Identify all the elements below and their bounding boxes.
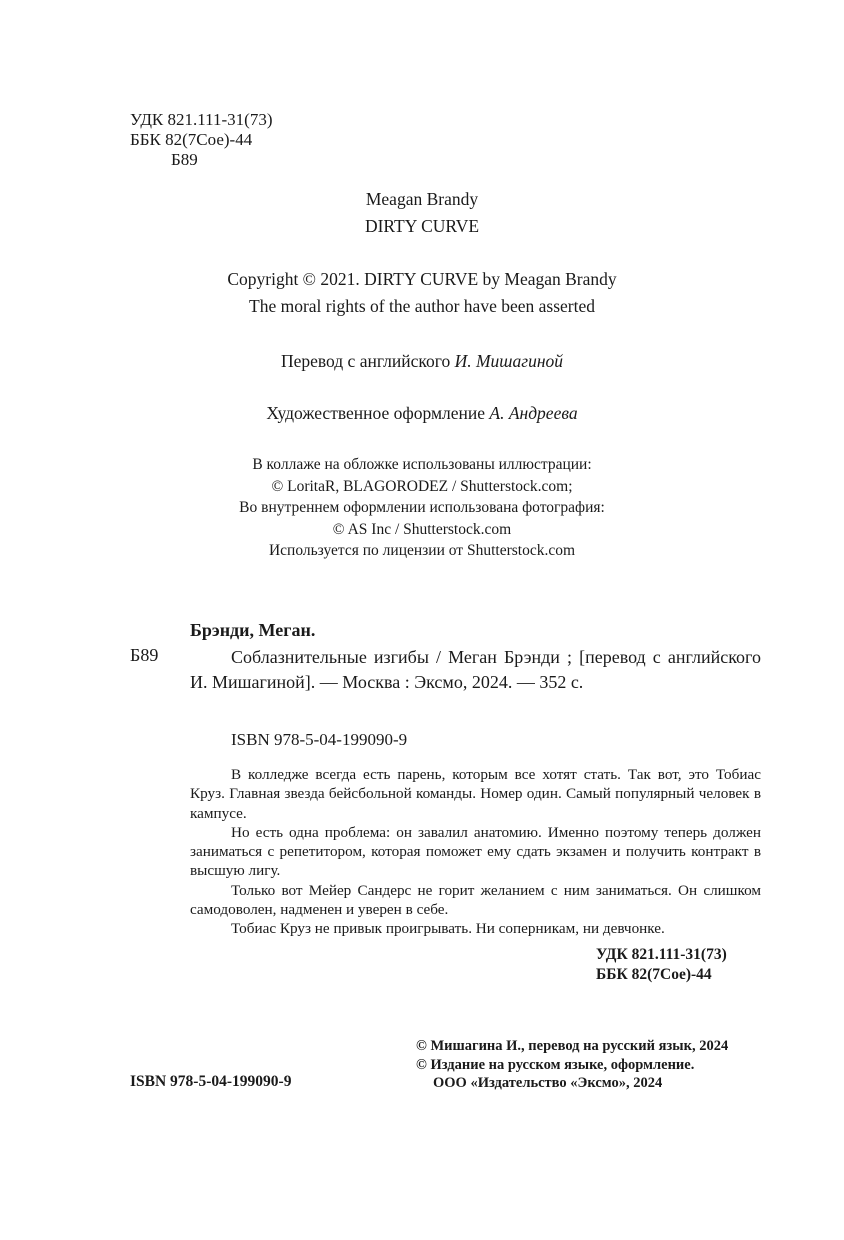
bib-code: Б89 bbox=[130, 645, 158, 666]
author-mark: Б89 bbox=[130, 150, 272, 170]
image-credits: В коллаже на обложке использованы иллюст… bbox=[0, 454, 844, 562]
bib-description: Соблазнительные изгибы / Меган Брэнди ; … bbox=[190, 645, 761, 695]
udk-code: УДК 821.111-31(73) bbox=[130, 110, 272, 130]
index-bbk: ББК 82(7Сое)-44 bbox=[596, 965, 727, 985]
footer-copyrights: © Мишагина И., перевод на русский язык, … bbox=[416, 1037, 728, 1093]
bib-author-heading: Брэнди, Меган. bbox=[190, 620, 315, 641]
classification-block: УДК 821.111-31(73) ББК 82(7Сое)-44 Б89 bbox=[130, 110, 272, 170]
annotation-paragraph: Только вот Мейер Сандерс не горит желани… bbox=[190, 881, 761, 920]
designer-label: Художественное оформление bbox=[266, 403, 489, 423]
annotation-paragraph: Но есть одна проблема: он завалил анатом… bbox=[190, 823, 761, 881]
moral-rights-line: The moral rights of the author have been… bbox=[0, 293, 844, 320]
copyright-edition: © Издание на русском языке, оформление. bbox=[416, 1056, 728, 1075]
index-codes: УДК 821.111-31(73) ББК 82(7Сое)-44 bbox=[596, 945, 727, 985]
original-title: DIRTY CURVE bbox=[0, 213, 844, 240]
original-title-block: Meagan Brandy DIRTY CURVE bbox=[0, 186, 844, 240]
credit-line: © LoritaR, BLAGORODEZ / Shutterstock.com… bbox=[0, 476, 844, 498]
designer-name: А. Андреева bbox=[489, 403, 577, 423]
translator-line: Перевод с английского И. Мишагиной bbox=[0, 351, 844, 372]
annotation-paragraph: В колледже всегда есть парень, которым в… bbox=[190, 765, 761, 823]
credit-line: Во внутреннем оформлении использована фо… bbox=[0, 497, 844, 519]
index-udk: УДК 821.111-31(73) bbox=[596, 945, 727, 965]
copyright-publisher: ООО «Издательство «Эксмо», 2024 bbox=[416, 1074, 728, 1093]
original-author: Meagan Brandy bbox=[0, 186, 844, 213]
original-copyright-block: Copyright © 2021. DIRTY CURVE by Meagan … bbox=[0, 266, 844, 320]
annotation: В колледже всегда есть парень, которым в… bbox=[190, 765, 761, 939]
footer-isbn: ISBN 978-5-04-199090-9 bbox=[130, 1073, 291, 1091]
credit-line: © AS Inc / Shutterstock.com bbox=[0, 519, 844, 541]
bbk-code: ББК 82(7Сое)-44 bbox=[130, 130, 272, 150]
bib-isbn: ISBN 978-5-04-199090-9 bbox=[231, 730, 407, 750]
translator-name: И. Мишагиной bbox=[455, 351, 563, 371]
copyright-translation: © Мишагина И., перевод на русский язык, … bbox=[416, 1037, 728, 1056]
copyright-line: Copyright © 2021. DIRTY CURVE by Meagan … bbox=[0, 266, 844, 293]
annotation-paragraph: Тобиас Круз не привык проигрывать. Ни со… bbox=[190, 919, 761, 938]
designer-line: Художественное оформление А. Андреева bbox=[0, 403, 844, 424]
credit-line: В коллаже на обложке использованы иллюст… bbox=[0, 454, 844, 476]
translator-label: Перевод с английского bbox=[281, 351, 455, 371]
credit-line: Используется по лицензии от Shutterstock… bbox=[0, 540, 844, 562]
